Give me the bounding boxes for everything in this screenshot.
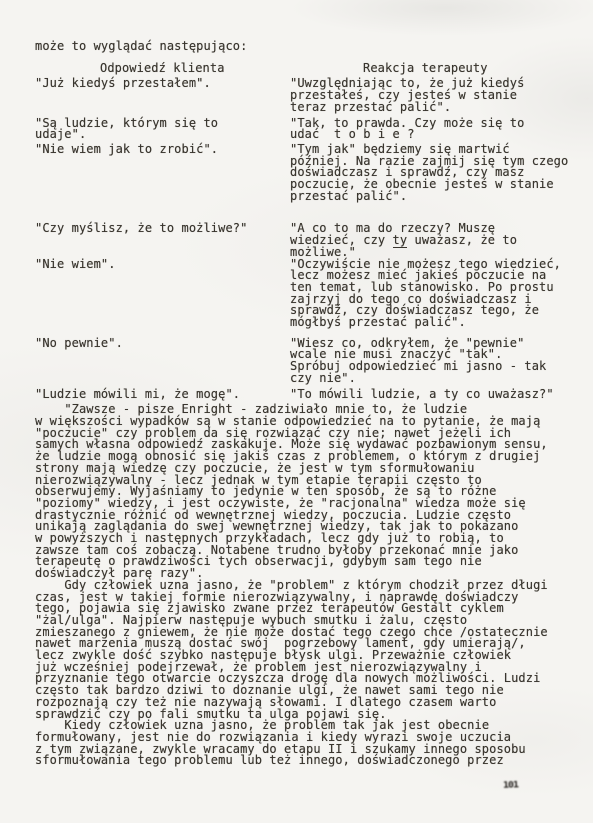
dialog-row: "Czy myślisz, że to możliwe?" "A co to m… (35, 223, 575, 258)
body-text: "Zawsze - pisze Enright - zadziwiało mni… (35, 404, 575, 767)
dialog-row: "Są ludzie, którym się to udaje". "Tak, … (35, 118, 575, 141)
intro-line: może to wyglądać następująco: (35, 41, 575, 53)
page-number-smudge: 101 (503, 780, 518, 791)
body-paragraph: Kiedy człowiek uzna jasno, że problem ta… (35, 720, 575, 767)
client-response: "Ludzie mówili mi, że mogę". (35, 389, 290, 401)
dialog-row: "Nie wiem jak to zrobić". "Tym jak" będz… (35, 144, 575, 203)
body-paragraph: Gdy człowiek uzna jasno, że "problem" z … (35, 580, 575, 720)
client-response: "Są ludzie, którym się to udaje". (35, 118, 290, 141)
dialog-row: "No pewnie". "Wiesz co, odkryłem, że "pe… (35, 338, 575, 385)
therapist-text: "Tym jak" będziemy się martwić później. … (290, 142, 568, 203)
therapist-text: "Wiesz co, odkryłem, że "pewnie" wcale n… (290, 336, 546, 385)
client-response: "Już kiedyś przestałem". (35, 78, 290, 90)
therapist-text: "Tak, to prawda. Czy może się to udać t … (290, 116, 524, 142)
client-response: "Czy myślisz, że to możliwe?" (35, 223, 290, 235)
dialog-table: "Już kiedyś przestałem". "Uwzględniając … (35, 78, 575, 400)
client-response: "Nie wiem". (35, 259, 290, 271)
dialog-row: "Nie wiem". "Oczywiście nie możesz tego … (35, 259, 575, 329)
client-response: "Nie wiem jak to zrobić". (35, 144, 290, 156)
client-column-header: Odpowiedź klienta (35, 63, 290, 75)
therapist-reaction: "Tym jak" będziemy się martwić później. … (290, 144, 575, 203)
therapist-reaction: "To mówili ludzie, a ty co uważasz?" (290, 389, 575, 401)
scanned-document-page: może to wyglądać następująco: Odpowiedź … (0, 0, 593, 823)
therapist-reaction: "Uwzględniając to, że już kiedyś przesta… (290, 78, 575, 113)
body-paragraph: "Zawsze - pisze Enright - zadziwiało mni… (35, 404, 575, 580)
therapist-reaction: "Oczywiście nie możesz tego wiedzieć, le… (290, 259, 575, 329)
therapist-text: "To mówili ludzie, a ty co uważasz?" (290, 387, 554, 401)
page-content: może to wyglądać następująco: Odpowiedź … (35, 41, 575, 767)
therapist-reaction: "Wiesz co, odkryłem, że "pewnie" wcale n… (290, 338, 575, 385)
dialog-row: "Ludzie mówili mi, że mogę". "To mówili … (35, 389, 575, 401)
therapist-reaction: "A co to ma do rzeczy? Muszę wiedzieć, c… (290, 223, 575, 258)
dialog-row: "Już kiedyś przestałem". "Uwzględniając … (35, 78, 575, 113)
therapist-text: "Uwzględniając to, że już kiedyś przesta… (290, 76, 524, 113)
therapist-reaction: "Tak, to prawda. Czy może się to udać t … (290, 118, 575, 141)
underlined-word: ty (393, 233, 408, 248)
therapist-column-header: Reakcja terapeuty (290, 63, 575, 75)
column-headers: Odpowiedź klienta Reakcja terapeuty (35, 63, 575, 75)
client-response: "No pewnie". (35, 338, 290, 350)
therapist-text: "Oczywiście nie możesz tego wiedzieć, le… (290, 257, 561, 330)
